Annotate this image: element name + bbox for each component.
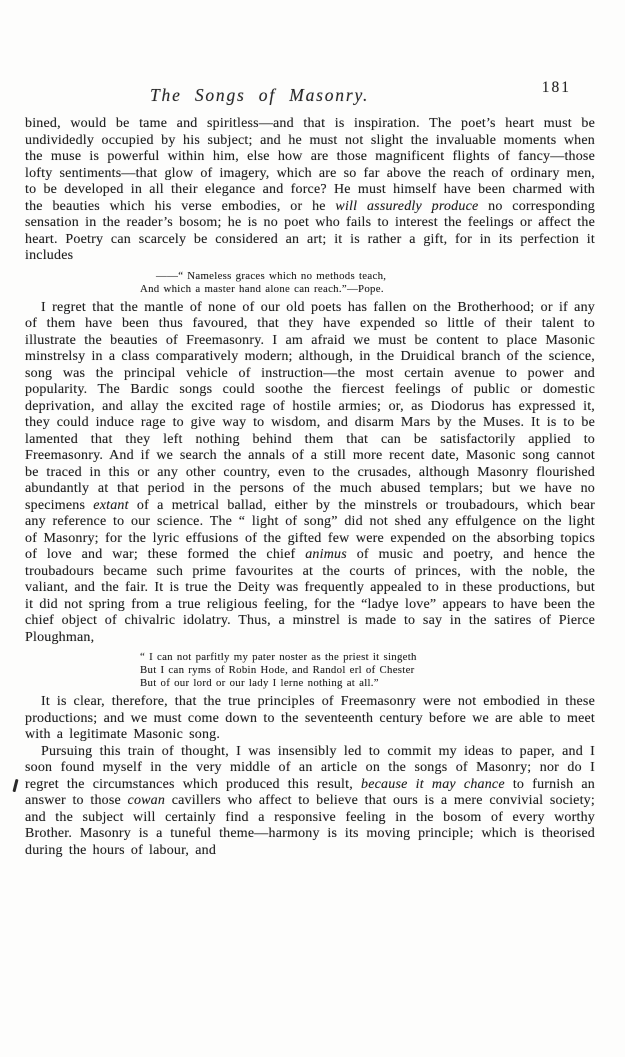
verse-quote-pierce-ploughman: “ I can not parfitly my pater noster as … (140, 651, 595, 690)
folio-page-number: 181 (542, 79, 571, 97)
running-head-title: The Songs of Masonry. (150, 85, 369, 106)
page-text-block: bined, would be tame and spiritless—and … (25, 116, 595, 859)
verse-quote-pope: ——“ Nameless graces which no methods tea… (140, 270, 595, 296)
margin-ink-mark (12, 779, 18, 792)
paragraph-principles: It is clear, therefore, that the true pr… (25, 694, 595, 744)
paragraph-pursuing-thought: Pursuing this train of thought, I was in… (25, 744, 595, 860)
paragraph-continuation: bined, would be tame and spiritless—and … (25, 116, 595, 265)
paragraph-masonic-minstrelsy: I regret that the mantle of none of our … (25, 300, 595, 647)
scanned-book-page: The Songs of Masonry. 181 bined, would b… (0, 0, 625, 1057)
